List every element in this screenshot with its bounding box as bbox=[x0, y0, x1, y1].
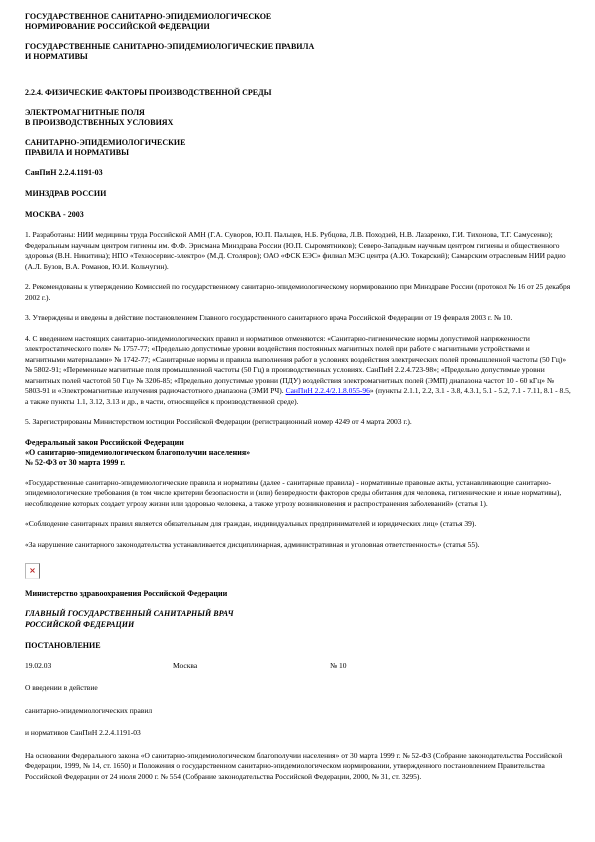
resolution-number: № 10 bbox=[330, 661, 571, 671]
ministry-abbrev: МИНЗДРАВ РОССИИ bbox=[25, 189, 571, 199]
preamble-item-2: 2. Рекомендованы к утверждению Комиссией… bbox=[25, 282, 571, 303]
federal-law-line2: «О санитарно-эпидемиологическом благопол… bbox=[25, 448, 571, 458]
resolution-basis-paragraph: На основании Федерального закона «О сани… bbox=[25, 751, 571, 783]
resolution-subject-line2: санитарно-эпидемиологических правил bbox=[25, 706, 571, 717]
resolution-place: Москва bbox=[173, 661, 330, 671]
state-normalization-line2: НОРМИРОВАНИЕ РОССИЙСКОЙ ФЕДЕРАЦИИ bbox=[25, 22, 571, 32]
chief-line1: ГЛАВНЫЙ ГОСУДАРСТВЕННЫЙ САНИТАРНЫЙ ВРАЧ bbox=[25, 609, 571, 620]
resolution-subject-line1: О введении в действие bbox=[25, 683, 571, 694]
preamble-item-3: 3. Утверждены и введены в действие поста… bbox=[25, 313, 571, 324]
sanpin-055-96-link[interactable]: СанПиН 2.2.4/2.1.8.055-96 bbox=[286, 386, 370, 395]
state-rules-heading: ГОСУДАРСТВЕННЫЕ САНИТАРНО-ЭПИДЕМИОЛОГИЧЕ… bbox=[25, 42, 571, 62]
law-quote-article-39: «Соблюдение санитарных правил является о… bbox=[25, 519, 571, 530]
resolution-heading: ПОСТАНОВЛЕНИЕ bbox=[25, 641, 571, 651]
section-heading: 2.2.4. ФИЗИЧЕСКИЕ ФАКТОРЫ ПРОИЗВОДСТВЕНН… bbox=[25, 88, 571, 98]
state-normalization-line1: ГОСУДАРСТВЕННОЕ САНИТАРНО-ЭПИДЕМИОЛОГИЧЕ… bbox=[25, 12, 571, 22]
broken-image-icon: × bbox=[25, 563, 40, 579]
chief-line2: РОССИЙСКОЙ ФЕДЕРАЦИИ bbox=[25, 620, 571, 631]
federal-law-line3: № 52-ФЗ от 30 марта 1999 г. bbox=[25, 458, 571, 468]
law-quote-article-1: «Государственные санитарно-эпидемиологич… bbox=[25, 478, 571, 510]
federal-law-line1: Федеральный закон Российской Федерации bbox=[25, 438, 571, 448]
doc-number: СанПиН 2.2.4.1191-03 bbox=[25, 168, 571, 178]
broken-image-x-glyph: × bbox=[29, 567, 36, 575]
law-quote-article-55: «За нарушение санитарного законодательст… bbox=[25, 540, 571, 551]
document-title: ЭЛЕКТРОМАГНИТНЫЕ ПОЛЯ В ПРОИЗВОДСТВЕННЫХ… bbox=[25, 108, 571, 128]
document-page: ГОСУДАРСТВЕННОЕ САНИТАРНО-ЭПИДЕМИОЛОГИЧЕ… bbox=[0, 0, 595, 842]
health-ministry-heading: Министерство здравоохранения Российской … bbox=[25, 589, 571, 599]
resolution-subject-line3: и нормативов СанПиН 2.2.4.1191-03 bbox=[25, 728, 571, 739]
resolution-date: 19.02.03 bbox=[25, 661, 173, 671]
preamble-item-4: 4. С введением настоящих санитарно-эпиде… bbox=[25, 334, 571, 408]
document-subtitle-line2: ПРАВИЛА И НОРМАТИВЫ bbox=[25, 148, 571, 158]
document-title-line2: В ПРОИЗВОДСТВЕННЫХ УСЛОВИЯХ bbox=[25, 118, 571, 128]
preamble-item-5: 5. Зарегистрированы Министерством юстици… bbox=[25, 417, 571, 428]
preamble-item-1: 1. Разработаны: НИИ медицины труда Росси… bbox=[25, 230, 571, 272]
city-year: МОСКВА - 2003 bbox=[25, 210, 571, 220]
document-subtitle: САНИТАРНО-ЭПИДЕМИОЛОГИЧЕСКИЕ ПРАВИЛА И Н… bbox=[25, 138, 571, 158]
document-subtitle-line1: САНИТАРНО-ЭПИДЕМИОЛОГИЧЕСКИЕ bbox=[25, 138, 571, 148]
state-rules-line2: И НОРМАТИВЫ bbox=[25, 52, 571, 62]
state-normalization-heading: ГОСУДАРСТВЕННОЕ САНИТАРНО-ЭПИДЕМИОЛОГИЧЕ… bbox=[25, 12, 571, 32]
state-rules-line1: ГОСУДАРСТВЕННЫЕ САНИТАРНО-ЭПИДЕМИОЛОГИЧЕ… bbox=[25, 42, 571, 52]
document-title-line1: ЭЛЕКТРОМАГНИТНЫЕ ПОЛЯ bbox=[25, 108, 571, 118]
chief-sanitary-doctor-heading: ГЛАВНЫЙ ГОСУДАРСТВЕННЫЙ САНИТАРНЫЙ ВРАЧ … bbox=[25, 609, 571, 630]
resolution-date-row: 19.02.03 Москва № 10 bbox=[25, 661, 571, 671]
federal-law-heading: Федеральный закон Российской Федерации «… bbox=[25, 438, 571, 468]
